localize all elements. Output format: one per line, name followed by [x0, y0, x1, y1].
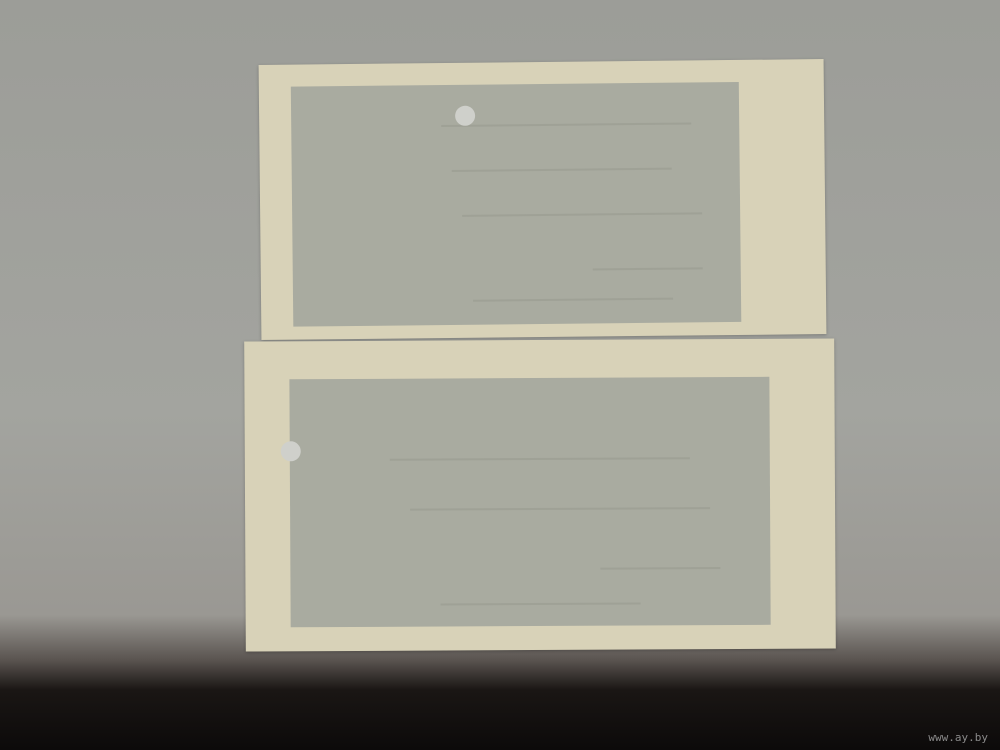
print-line — [593, 267, 703, 270]
print-line — [441, 122, 691, 127]
print-line — [462, 212, 702, 217]
ticket-top — [259, 59, 827, 340]
print-line — [452, 168, 672, 172]
watermark: www.ay.by — [928, 731, 988, 744]
ticket-print-area — [291, 82, 741, 327]
print-line — [390, 457, 690, 461]
punch-hole — [281, 441, 301, 461]
punch-hole — [455, 106, 475, 126]
print-line — [473, 298, 673, 302]
print-line — [410, 507, 710, 511]
print-line — [600, 567, 720, 570]
ticket-bottom — [244, 338, 836, 651]
print-line — [441, 602, 641, 605]
ticket-print-area — [289, 377, 770, 628]
